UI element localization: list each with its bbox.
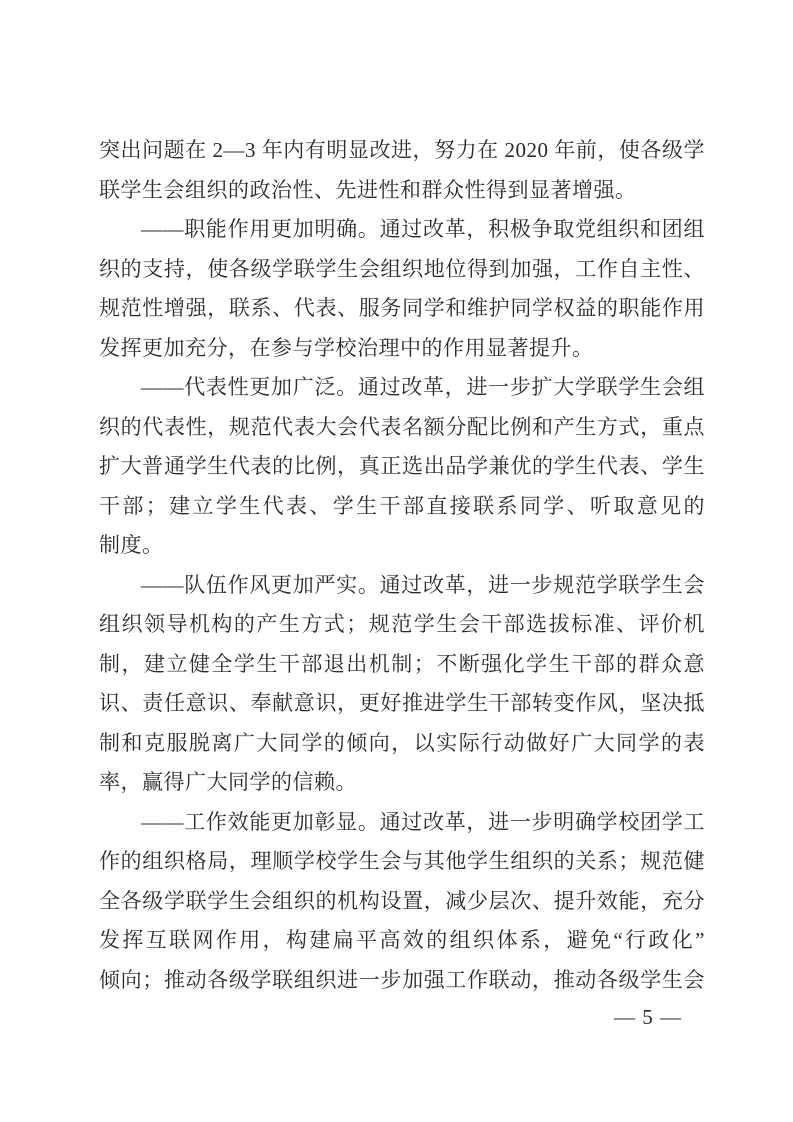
text-line: 织的代表性，规范代表大会代表名额分配比例和产生方式，重点	[99, 408, 705, 448]
text-line: 发挥更加充分，在参与学校治理中的作用显著提升。	[99, 329, 705, 369]
text-line: 织的支持，使各级学联学生会组织地位得到加强，工作自主性、	[99, 250, 705, 290]
text-line: 发挥互联网作用，构建扁平高效的组织体系，避免“行政化”	[99, 921, 705, 961]
text-line: ——代表性更加广泛。通过改革，进一步扩大学联学生会组	[99, 368, 705, 408]
text-line: ——职能作用更加明确。通过改革，积极争取党组织和团组	[99, 210, 705, 250]
paragraph: ——代表性更加广泛。通过改革，进一步扩大学联学生会组织的代表性，规范代表大会代表…	[99, 368, 705, 566]
text-line: 率，赢得广大同学的信赖。	[99, 763, 705, 803]
text-line: 组织领导机构的产生方式；规范学生会干部选拔标准、评价机	[99, 605, 705, 645]
text-line: 联学生会组织的政治性、先进性和群众性得到显著增强。	[99, 171, 705, 211]
text-line: ——队伍作风更加严实。通过改革，进一步规范学联学生会	[99, 566, 705, 606]
text-line: 突出问题在 2—3 年内有明显改进，努力在 2020 年前，使各级学	[99, 131, 705, 171]
text-line: 干部；建立学生代表、学生干部直接联系同学、听取意见的	[99, 487, 705, 527]
text-line: ——工作效能更加彰显。通过改革，进一步明确学校团学工	[99, 803, 705, 843]
text-line: 制和克服脱离广大同学的倾向，以实际行动做好广大同学的表	[99, 724, 705, 764]
text-line: 作的组织格局，理顺学校学生会与其他学生组织的关系；规范健	[99, 842, 705, 882]
paragraph: ——队伍作风更加严实。通过改革，进一步规范学联学生会组织领导机构的产生方式；规范…	[99, 566, 705, 803]
text-line: 制，建立健全学生干部退出机制；不断强化学生干部的群众意	[99, 645, 705, 685]
document-body: 突出问题在 2—3 年内有明显改进，努力在 2020 年前，使各级学联学生会组织…	[99, 131, 705, 1000]
page-number: — 5 —	[614, 1004, 682, 1030]
text-line: 全各级学联学生会组织的机构设置，减少层次、提升效能，充分	[99, 882, 705, 922]
text-line: 规范性增强，联系、代表、服务同学和维护同学权益的职能作用	[99, 289, 705, 329]
text-line: 扩大普通学生代表的比例，真正选出品学兼优的学生代表、学生	[99, 447, 705, 487]
paragraph: ——工作效能更加彰显。通过改革，进一步明确学校团学工作的组织格局，理顺学校学生会…	[99, 803, 705, 1001]
document-page: 突出问题在 2—3 年内有明显改进，努力在 2020 年前，使各级学联学生会组织…	[0, 0, 793, 1122]
text-line: 制度。	[99, 526, 705, 566]
text-line: 识、责任意识、奉献意识，更好推进学生干部转变作风，坚决抵	[99, 684, 705, 724]
paragraph: ——职能作用更加明确。通过改革，积极争取党组织和团组织的支持，使各级学联学生会组…	[99, 210, 705, 368]
text-line: 倾向；推动各级学联组织进一步加强工作联动，推动各级学生会	[99, 961, 705, 1001]
paragraph: 突出问题在 2—3 年内有明显改进，努力在 2020 年前，使各级学联学生会组织…	[99, 131, 705, 210]
